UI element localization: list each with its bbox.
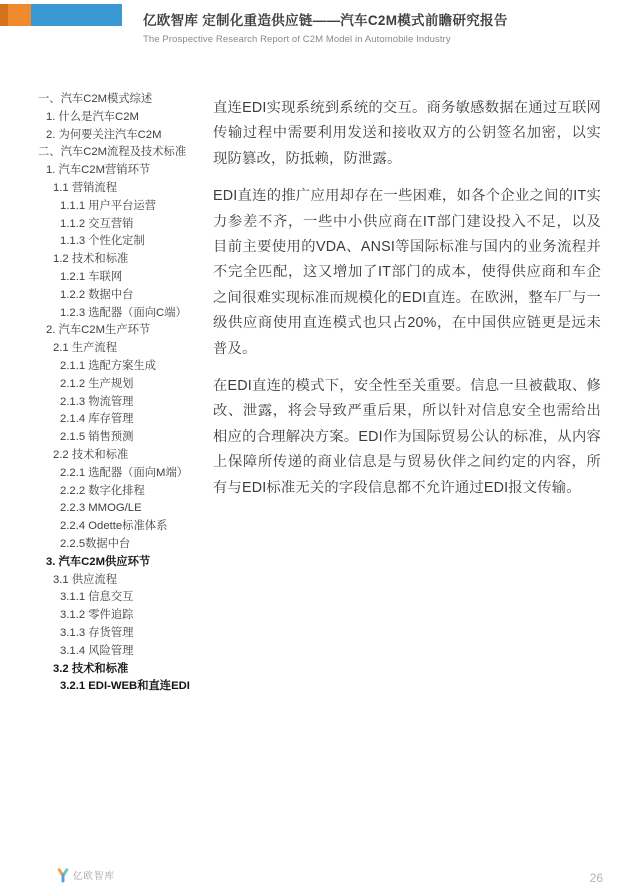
toc-item: 3.1.4 风险管理 — [38, 643, 214, 661]
toc-item: 2.2 技术和标准 — [38, 447, 214, 465]
toc-item: 2. 为何要关注汽车C2M — [38, 127, 214, 145]
header-titles: 亿欧智库 定制化重造供应链——汽车C2M模式前瞻研究报告 The Prospec… — [143, 9, 603, 45]
toc-item: 一、汽车C2M模式综述 — [38, 91, 214, 109]
footer-logo-text: 亿欧智库 — [73, 868, 115, 882]
toc-item: 1.1.3 个性化定制 — [38, 233, 214, 251]
toc-item: 3.1.2 零件追踪 — [38, 607, 214, 625]
toc-item: 3.1 供应流程 — [38, 572, 214, 590]
page-number: 26 — [590, 871, 603, 885]
yiou-logo-icon — [56, 867, 70, 883]
body-paragraph: EDI直连的推广应用却存在一些困难，如各个企业之间的IT实力参差不齐，一些中小供… — [213, 184, 601, 362]
toc-item: 2.2.3 MMOG/LE — [38, 500, 214, 518]
header-accent-bar — [0, 4, 122, 26]
toc-item: 1.1 营销流程 — [38, 180, 214, 198]
body-paragraph: 在EDI直连的模式下，安全性至关重要。信息一旦被截取、修改、泄露，将会导致严重后… — [213, 374, 601, 501]
toc-item: 3. 汽车C2M供应环节 — [38, 554, 214, 572]
toc-item: 2.1.2 生产规划 — [38, 376, 214, 394]
toc-item: 1.2.3 选配器（面向C端） — [38, 305, 214, 323]
report-page: 亿欧智库 定制化重造供应链——汽车C2M模式前瞻研究报告 The Prospec… — [0, 0, 618, 896]
toc-item: 2.1.1 选配方案生成 — [38, 358, 214, 376]
report-subtitle: The Prospective Research Report of C2M M… — [143, 34, 603, 45]
report-title: 亿欧智库 定制化重造供应链——汽车C2M模式前瞻研究报告 — [143, 9, 603, 29]
body-paragraphs: 直连EDI实现系统到系统的交互。商务敏感数据在通过互联网传输过程中需要利用发送和… — [213, 96, 601, 513]
toc-item: 2. 汽车C2M生产环节 — [38, 322, 214, 340]
toc-item: 1.2 技术和标准 — [38, 251, 214, 269]
toc-item: 1.1.1 用户平台运营 — [38, 198, 214, 216]
toc-item: 2.1 生产流程 — [38, 340, 214, 358]
toc-item: 2.2.4 Odette标准体系 — [38, 518, 214, 536]
toc-item: 二、汽车C2M流程及技术标准 — [38, 144, 214, 162]
toc-item: 1. 什么是汽车C2M — [38, 109, 214, 127]
toc-item: 2.2.2 数字化排程 — [38, 483, 214, 501]
toc-item: 3.1.3 存货管理 — [38, 625, 214, 643]
accent-segment-blue — [31, 4, 122, 26]
toc-item: 1.2.1 车联网 — [38, 269, 214, 287]
toc-item: 2.1.4 库存管理 — [38, 411, 214, 429]
toc-item: 3.2 技术和标准 — [38, 661, 214, 679]
toc-item: 2.1.3 物流管理 — [38, 394, 214, 412]
toc-item: 3.2.1 EDI-WEB和直连EDI — [38, 678, 214, 696]
toc-item: 2.2.1 选配器（面向M端） — [38, 465, 214, 483]
accent-segment-dark-orange — [0, 4, 8, 26]
toc-item: 2.1.5 销售预测 — [38, 429, 214, 447]
toc-item: 2.2.5数据中台 — [38, 536, 214, 554]
toc-item: 3.1.1 信息交互 — [38, 589, 214, 607]
accent-segment-orange — [8, 4, 31, 26]
toc: 一、汽车C2M模式综述1. 什么是汽车C2M2. 为何要关注汽车C2M二、汽车C… — [38, 91, 214, 696]
footer-logo: 亿欧智库 — [56, 867, 115, 883]
toc-item: 1.1.2 交互营销 — [38, 216, 214, 234]
toc-item: 1.2.2 数据中台 — [38, 287, 214, 305]
body-paragraph: 直连EDI实现系统到系统的交互。商务敏感数据在通过互联网传输过程中需要利用发送和… — [213, 96, 601, 172]
toc-item: 1. 汽车C2M营销环节 — [38, 162, 214, 180]
